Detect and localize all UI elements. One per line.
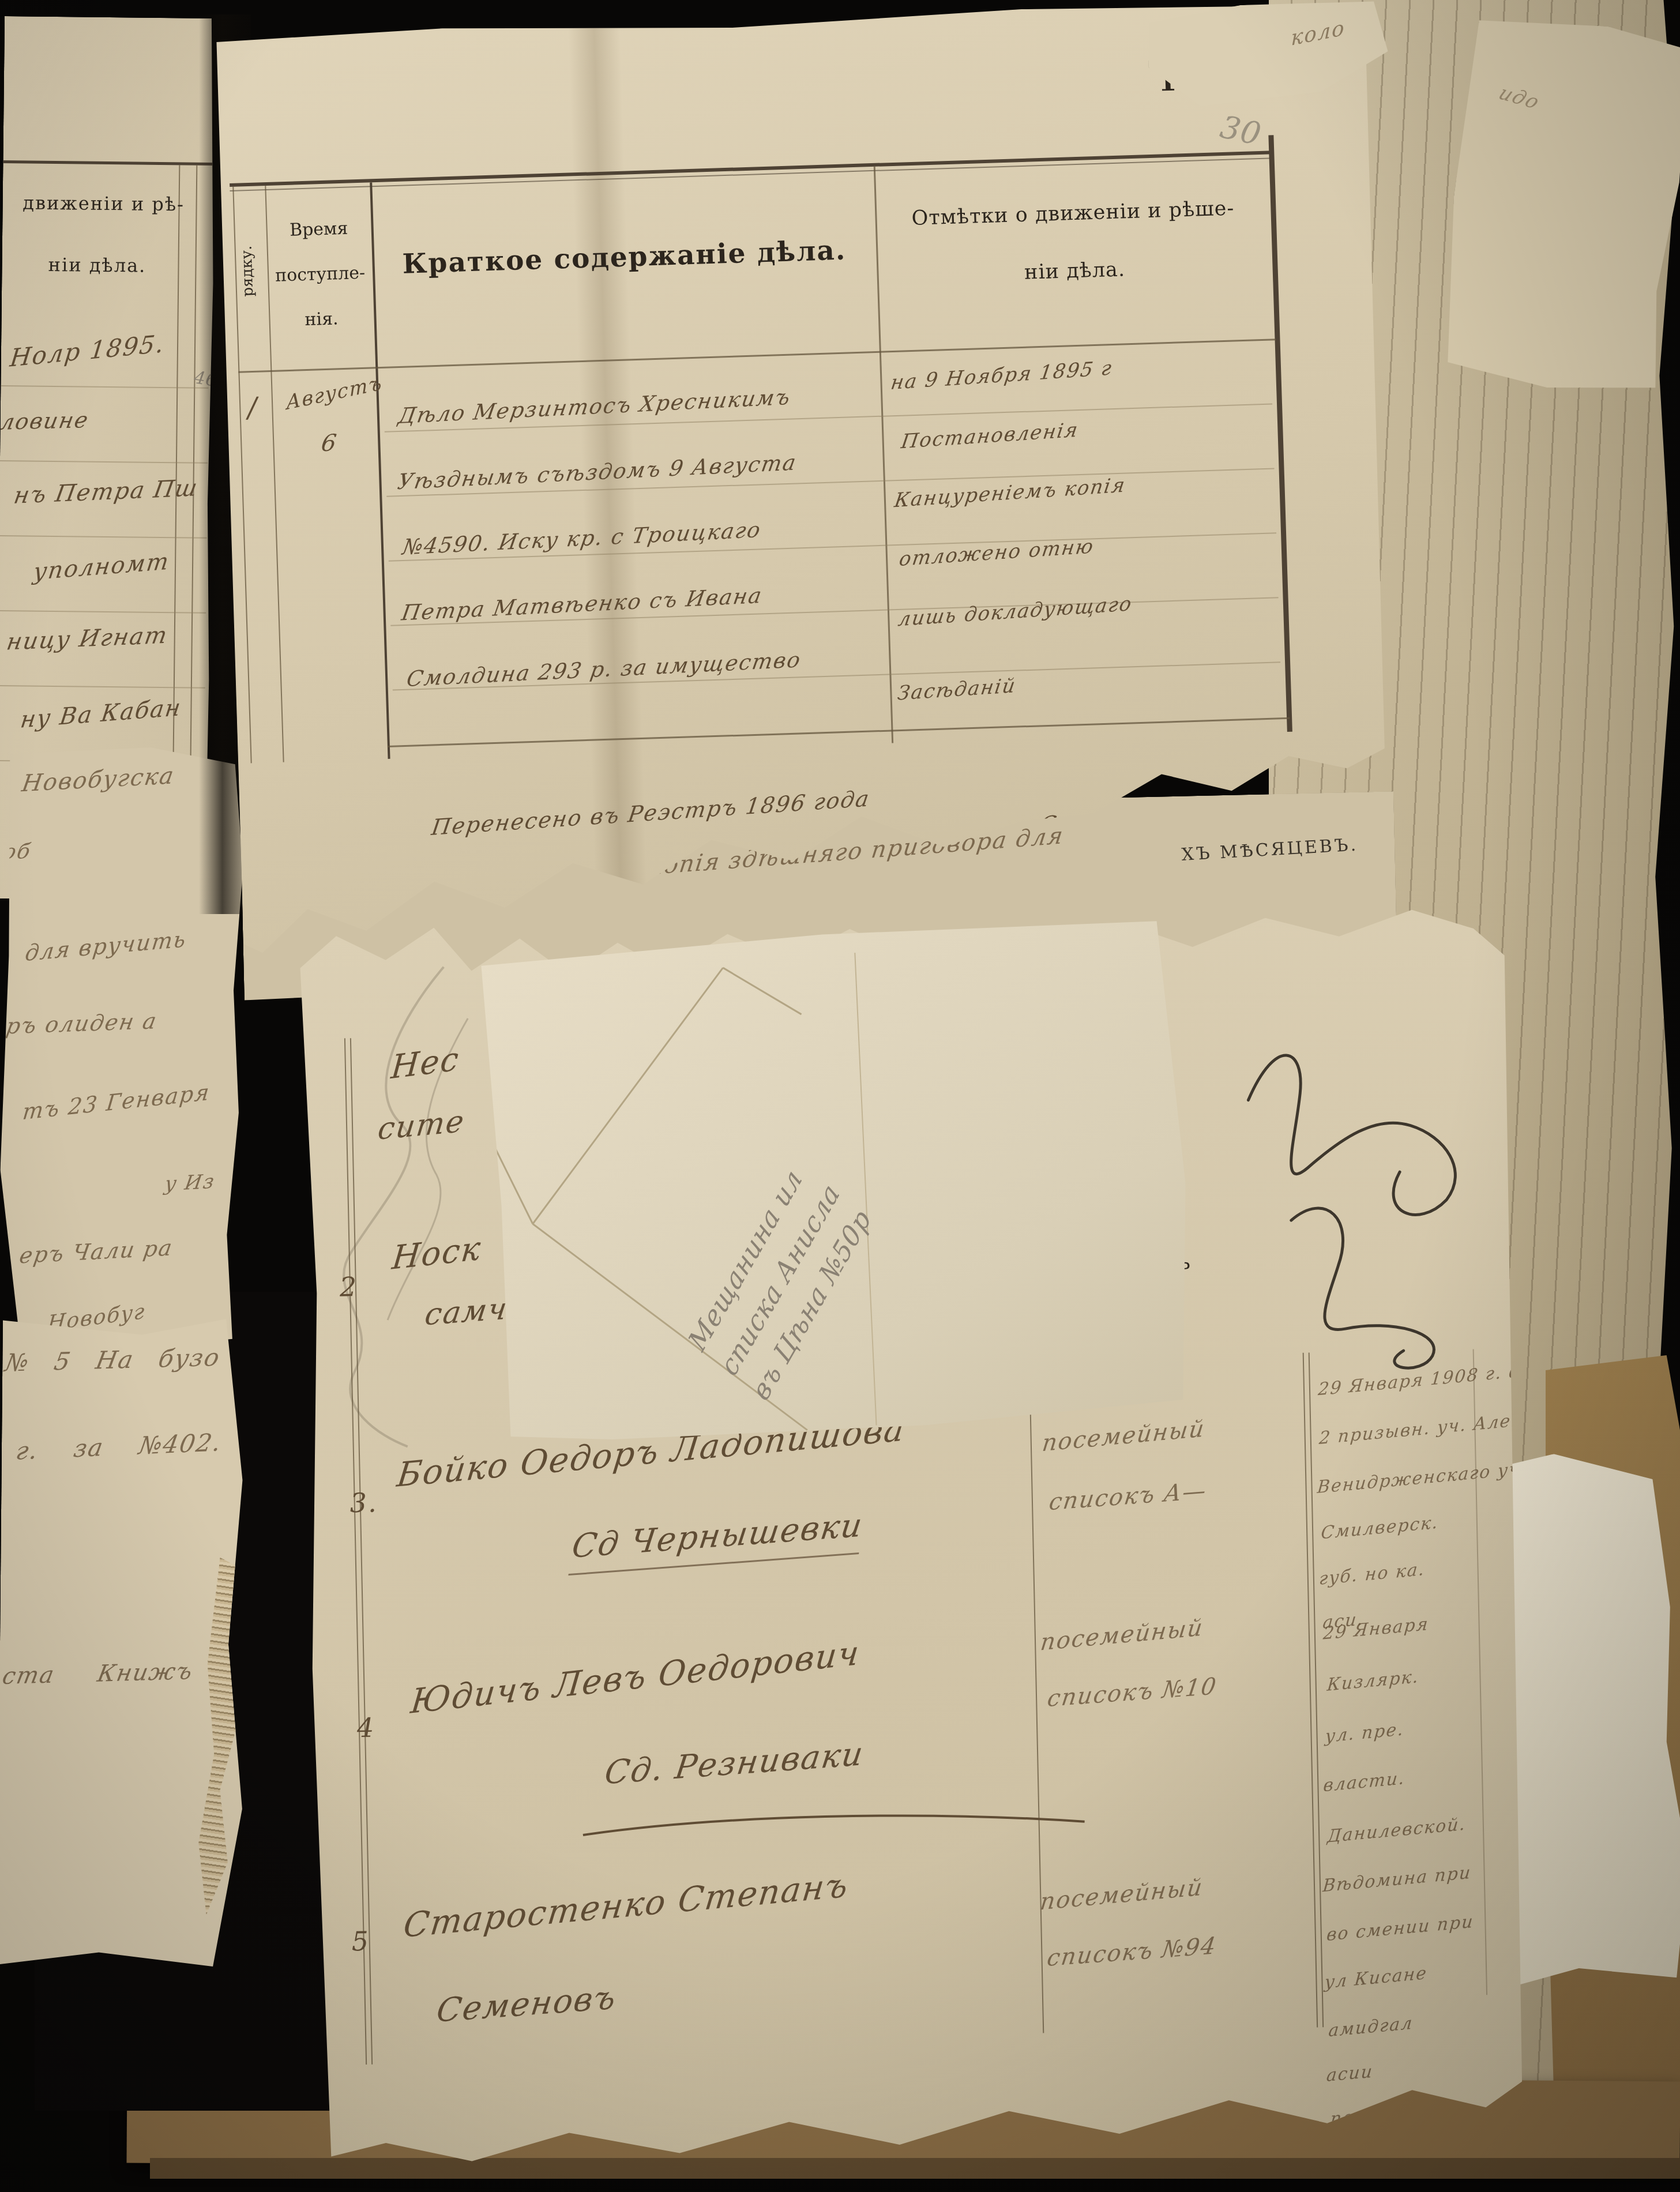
serial-col-header-rotated: рядку. [238, 225, 258, 318]
table-top-border [230, 157, 1273, 191]
notes-col-header: ніи дѣла. [881, 254, 1268, 289]
time-col-header: поступле- [269, 263, 372, 286]
family-list-note: списокъ №10 [1046, 1673, 1219, 1712]
case-resolution-line: Засѣданій [896, 675, 1018, 705]
envelope-fold-creases [473, 908, 1205, 1457]
left-page-handwriting: ловине [0, 408, 91, 435]
list-entry-name: Старостенко Степанъ [401, 1866, 851, 1945]
case-resolution-line: на 9 Ноября 1895 г [889, 357, 1114, 394]
margin-note: Данилевской. [1326, 1814, 1467, 1847]
scrap-handwriting-fragment: коло [1291, 16, 1345, 51]
table-right-border [1268, 135, 1292, 732]
table-top-border [3, 160, 213, 166]
margin-note: Смилверск. [1320, 1513, 1440, 1543]
family-list-note: списокъ №94 [1046, 1932, 1219, 1972]
left-page-handwriting: Нолр 1895. [9, 330, 167, 373]
bottom-left-torn-piece: № 5 На бузо г. за №402. ста Книжъ [0, 1314, 257, 1973]
right-edge-rule [1473, 1349, 1487, 1995]
faint-pencil-scrawl [294, 949, 494, 1460]
case-resolution-line: Постановленія [900, 419, 1080, 453]
torn-sheet-handwriting: Новобугска [20, 762, 176, 797]
header-bottom-rule [238, 339, 1276, 373]
torn-sheet-handwriting: у Из [163, 1171, 217, 1196]
list-entry-name: Юдичъ Левъ Оедорович [409, 1633, 862, 1721]
torn-piece-handwriting: г. за №402. [14, 1428, 224, 1465]
list-entry-number: 5 [351, 1926, 370, 1957]
torn-sheet-handwriting: для вручить [24, 927, 188, 967]
table-top-border [230, 151, 1273, 187]
list-entry-name: самч [423, 1292, 510, 1333]
left-page-handwriting: ну Ва Кабан [19, 694, 183, 734]
time-col-header: нія. [272, 309, 371, 332]
margin-note: губ. но ка. [1318, 1560, 1426, 1590]
transfer-note: Перенесено въ Реэстръ 1896 года [430, 786, 871, 841]
printed-months-fragment: ХЪ МѢСЯЦЕВЪ. [1181, 835, 1359, 865]
table-rule-v [874, 167, 893, 743]
margin-note: асии [1326, 2062, 1374, 2086]
margin-note: Венидрженскаго уч. [1317, 1459, 1528, 1498]
family-list-note: посемейный [1040, 1415, 1207, 1457]
archival-photo: идо Копія здѣшняго приговора для ХЪ МѢСЯ… [0, 0, 1680, 2192]
scrap-handwriting-fragment: идо [1495, 82, 1544, 114]
list-entry-name: Сд Чернышевки [568, 1507, 865, 1576]
torn-piece-handwriting: ста Книжъ [0, 1658, 196, 1690]
margin-note: ул Кисане [1324, 1964, 1428, 1993]
list-entry-name: Семеновъ [434, 1979, 619, 2030]
margin-note: власти. [1322, 1769, 1406, 1796]
notes-col-header: Отмѣтки о движеніи и рѣше- [880, 196, 1266, 231]
row-bottom-rule [388, 717, 1290, 747]
left-page-handwriting: ницу Игнат [5, 622, 170, 656]
row-serial-mark: / [247, 392, 259, 424]
list-entry-number: 2 [339, 1272, 358, 1303]
left-header-fragment: ніи дѣла. [13, 254, 181, 277]
pencil-folio-number: 30 [1217, 109, 1264, 153]
family-list-note: списокъ А— [1047, 1477, 1209, 1516]
entry-day: 6 [320, 430, 339, 457]
torn-sheet-handwriting: ръ олиден а [4, 1009, 159, 1039]
case-resolution-line: отложено отню [897, 535, 1095, 571]
time-col-header: Время [269, 219, 368, 242]
torn-sheet-handwriting: тъ 23 Генваря [21, 1080, 212, 1125]
torn-sheet-handwriting: еръ Чали ра [18, 1235, 175, 1269]
torn-piece-handwriting: № 5 На бузо [3, 1344, 223, 1377]
list-entry-number: 4 [356, 1713, 375, 1744]
underline-swash [577, 1801, 1096, 1847]
column-divider [1029, 1370, 1044, 2033]
margin-note: Вѣдомина при [1322, 1863, 1472, 1897]
margin-note: амидгал [1328, 2014, 1414, 2041]
clerk-signature-flourish [1256, 1182, 1491, 1388]
list-entry-name: Сд. Резниваки [603, 1736, 866, 1792]
margin-note: 2 призывн. уч. Алек. [1318, 1410, 1530, 1449]
left-page-handwriting: нъ Петра Пш [12, 475, 201, 509]
margin-note: ул. пре. [1324, 1720, 1405, 1747]
case-summary-line: №4590. Иску кр. с Троицкаго [401, 518, 763, 560]
family-list-note: посемейный [1039, 1614, 1205, 1656]
list-entry-number: 3. [349, 1487, 378, 1518]
entry-month: Августъ [286, 372, 383, 415]
left-page-handwriting: уполномт [32, 548, 171, 586]
bottom-cardboard-shadow-edge [150, 2158, 1680, 2179]
margin-note: во смении при [1326, 1912, 1475, 1946]
family-list-note: посемейный [1039, 1874, 1205, 1915]
case-resolution-line: лишь докладующаго [897, 593, 1134, 631]
envelope: Мещанина ил списка Анисла въ Цѣна №50р [473, 908, 1205, 1457]
margin-note: Кизлярк. [1326, 1667, 1420, 1695]
left-header-fragment: движеніи и рѣ- [8, 192, 198, 215]
